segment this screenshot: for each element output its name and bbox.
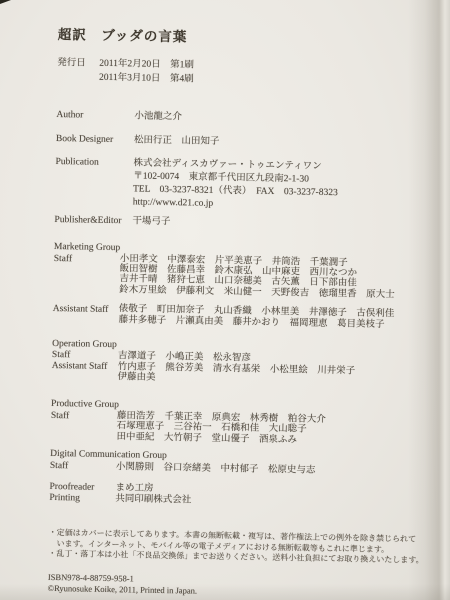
issue-date-row: 発行日 2011年2月20日 第1刷 2011年3月10日 第4刷: [57, 57, 419, 91]
digital-staff-names: 小関勝則 谷口奈緒美 中村郁子 松原史与志: [116, 461, 316, 477]
productive-staff-row: Staff 藤田浩芳 千葉正幸 原典宏 林秀樹 粕谷大介 石塚理恵子 三谷祐一 …: [50, 410, 413, 448]
author-label: Author: [56, 109, 134, 123]
legal-notes: ・定価はカバーに表示してあります。本書の無断転載・複写は、著作権法上での例外を除…: [48, 528, 411, 566]
marketing-assistant-label: Assistant Staff: [53, 303, 119, 325]
isbn-copyright-block: ISBN978-4-88759-958-1 ©Ryunosuke Koike, …: [48, 572, 410, 600]
author-name: 小池龍之介: [134, 110, 182, 123]
issue-date-line: 2011年2月20日 第1刷: [99, 58, 194, 73]
printing-company: 共同印刷株式会社: [115, 494, 191, 506]
publication-label: Publication: [55, 156, 134, 209]
issue-date-values: 2011年2月20日 第1刷 2011年3月10日 第4刷: [99, 58, 194, 87]
book-designer-names: 松田行正 山田知子: [134, 134, 220, 148]
publication-row: Publication 株式会社ディスカヴァー・トゥエンティワン 〒102-00…: [55, 156, 418, 215]
marketing-assistant-row: Assistant Staff 俵敬子 町田加奈子 丸山香織 小林里美 井澤徳子…: [53, 303, 415, 330]
operation-assistant-names: 竹内恵子 熊谷芳美 清水有基栄 小松里絵 川井栄子 伊藤由美: [117, 362, 355, 388]
productive-staff-names: 藤田浩芳 千葉正幸 原典宏 林秀樹 粕谷大介 石塚理恵子 三谷祐一 石橋和佳 大…: [116, 411, 326, 446]
book-designer-label: Book Designer: [56, 132, 134, 146]
photo-corner-background: [0, 0, 11, 4]
publisher-editor-name: 干場弓子: [132, 215, 170, 228]
publisher-editor-label: Publisher&Editor: [54, 214, 132, 228]
marketing-staff-names: 小田孝文 中澤泰宏 片平美恵子 井筒浩 千葉潤子 飯田智樹 佐藤昌幸 鈴木康弘 …: [119, 254, 395, 301]
productive-staff-label: Staff: [50, 410, 117, 442]
author-row: Author 小池龍之介: [56, 109, 418, 128]
publisher-editor-row: Publisher&Editor 干場弓子: [54, 214, 416, 233]
marketing-staff-label: Staff: [53, 252, 120, 295]
printing-label: Printing: [49, 493, 115, 505]
issue-date-label: 発行日: [57, 57, 99, 85]
marketing-assistant-names: 俵敬子 町田加奈子 丸山香織 小林里美 井澤徳子 古俣利佳 藤井多穂子 片瀬真由…: [119, 304, 395, 330]
colophon-page: 超訳 ブッダの言葉 発行日 2011年2月20日 第1刷 2011年3月10日 …: [48, 26, 420, 600]
book-title: 超訳 ブッダの言葉: [58, 26, 420, 51]
book-designer-row: Book Designer 松田行正 山田知子: [56, 132, 418, 151]
marketing-staff-row: Staff 小田孝文 中澤泰宏 片平美恵子 井筒浩 千葉潤子 飯田智樹 佐藤昌幸…: [53, 252, 416, 300]
digital-staff-label: Staff: [50, 460, 116, 474]
publication-details: 株式会社ディスカヴァー・トゥエンティワン 〒102-0074 東京都千代田区九段…: [133, 157, 339, 213]
issue-date-line: 2011年3月10日 第4刷: [99, 71, 194, 86]
operation-assistant-label: Assistant Staff: [51, 360, 117, 382]
